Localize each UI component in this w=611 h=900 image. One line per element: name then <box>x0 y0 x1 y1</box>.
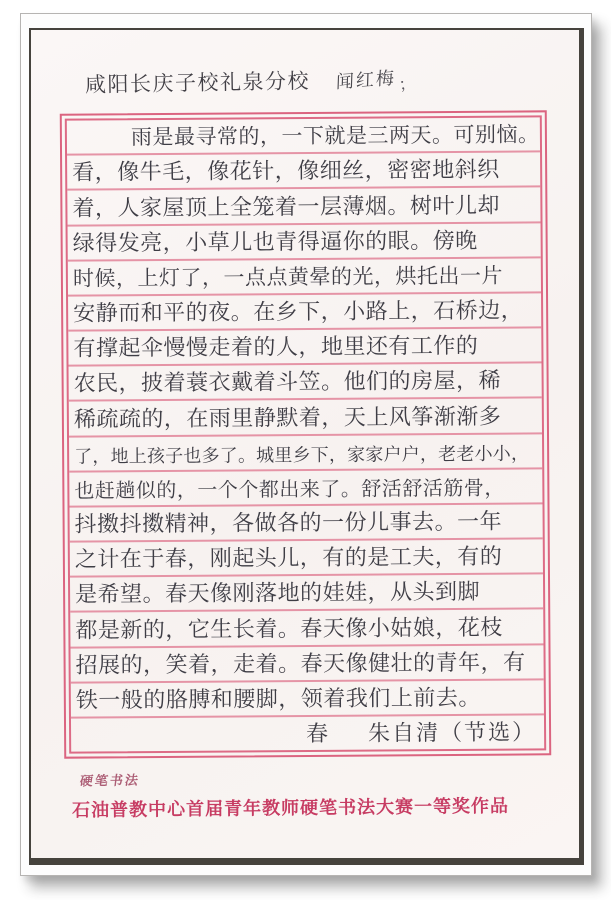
text-line: 绿得发亮，小草儿也青得逼你的眼。傍晚 <box>68 223 541 261</box>
text-line: 都是新的，它生长着。春天像小姑娘，花枝 <box>70 610 543 648</box>
text-line: 了，地上孩子也多了。城里乡下，家家户户，老老小小， <box>69 434 542 472</box>
writer-name-mark: ； <box>397 70 416 95</box>
photo-frame: 咸阳长庆子校礼泉分校 闻红梅 ； 雨是最寻常的，一下就是三两天。可别恼。 看，像… <box>29 28 584 865</box>
text-line: 抖擞抖擞精神，各做各的一份儿事去。一年 <box>70 504 543 542</box>
category-label: 硬笔书法 <box>79 769 141 789</box>
writing-frame: 雨是最寻常的，一下就是三两天。可别恼。 看，像牛毛，像花针，像细丝，密密地斜织 … <box>60 110 551 758</box>
text-line: 是希望。春天像刚落地的娃娃，从头到脚 <box>70 575 543 613</box>
scanned-page: 咸阳长庆子校礼泉分校 闻红梅 ； 雨是最寻常的，一下就是三两天。可别恼。 看，像… <box>20 13 592 876</box>
header: 咸阳长庆子校礼泉分校 闻红梅 ； <box>85 60 415 102</box>
text-line: 安静而和平的夜。在乡下，小路上，石桥边， <box>68 293 541 331</box>
text-line: 看，像牛毛，像花针，像细丝，密密地斜织 <box>67 153 540 191</box>
signature-author: 朱自清（节选） <box>368 715 536 747</box>
signature-line: 春 朱自清（节选） <box>71 715 544 751</box>
text-line: 也赶趟似的，一个个都出来了。舒活舒活筋骨， <box>69 469 542 507</box>
text-line: 着，人家屋顶上全笼着一层薄烟。树叶儿却 <box>67 188 540 226</box>
text-line: 雨是最寻常的，一下就是三两天。可别恼。 <box>67 117 540 155</box>
signature-title: 春 <box>306 717 330 748</box>
text-line: 铁一般的胳膊和腰脚，领着我们上前去。 <box>71 680 544 718</box>
text-line: 招展的，笑着，走着。春天像健壮的青年，有 <box>70 645 543 683</box>
text-line: 有撑起伞慢慢走着的人，地里还有工作的 <box>68 328 541 366</box>
text-line: 农民，披着蓑衣戴着斗笠。他们的房屋，稀 <box>69 364 542 402</box>
school-name: 咸阳长庆子校礼泉分校 <box>85 65 310 99</box>
text-line: 稀疏疏的，在雨里静默着，天上风筝渐渐多 <box>69 399 542 437</box>
award-caption: 石油普教中心首届青年教师硬笔书法大赛一等奖作品 <box>72 792 509 823</box>
text-line: 之计在于春，刚起头儿，有的是工夫，有的 <box>70 539 543 577</box>
writer-name: 闻红梅 <box>336 64 397 94</box>
writing-grid: 雨是最寻常的，一下就是三两天。可别恼。 看，像牛毛，像花针，像细丝，密密地斜织 … <box>65 115 546 753</box>
text-line: 时候，上灯了，一点点黄晕的光，烘托出一片 <box>68 258 541 296</box>
